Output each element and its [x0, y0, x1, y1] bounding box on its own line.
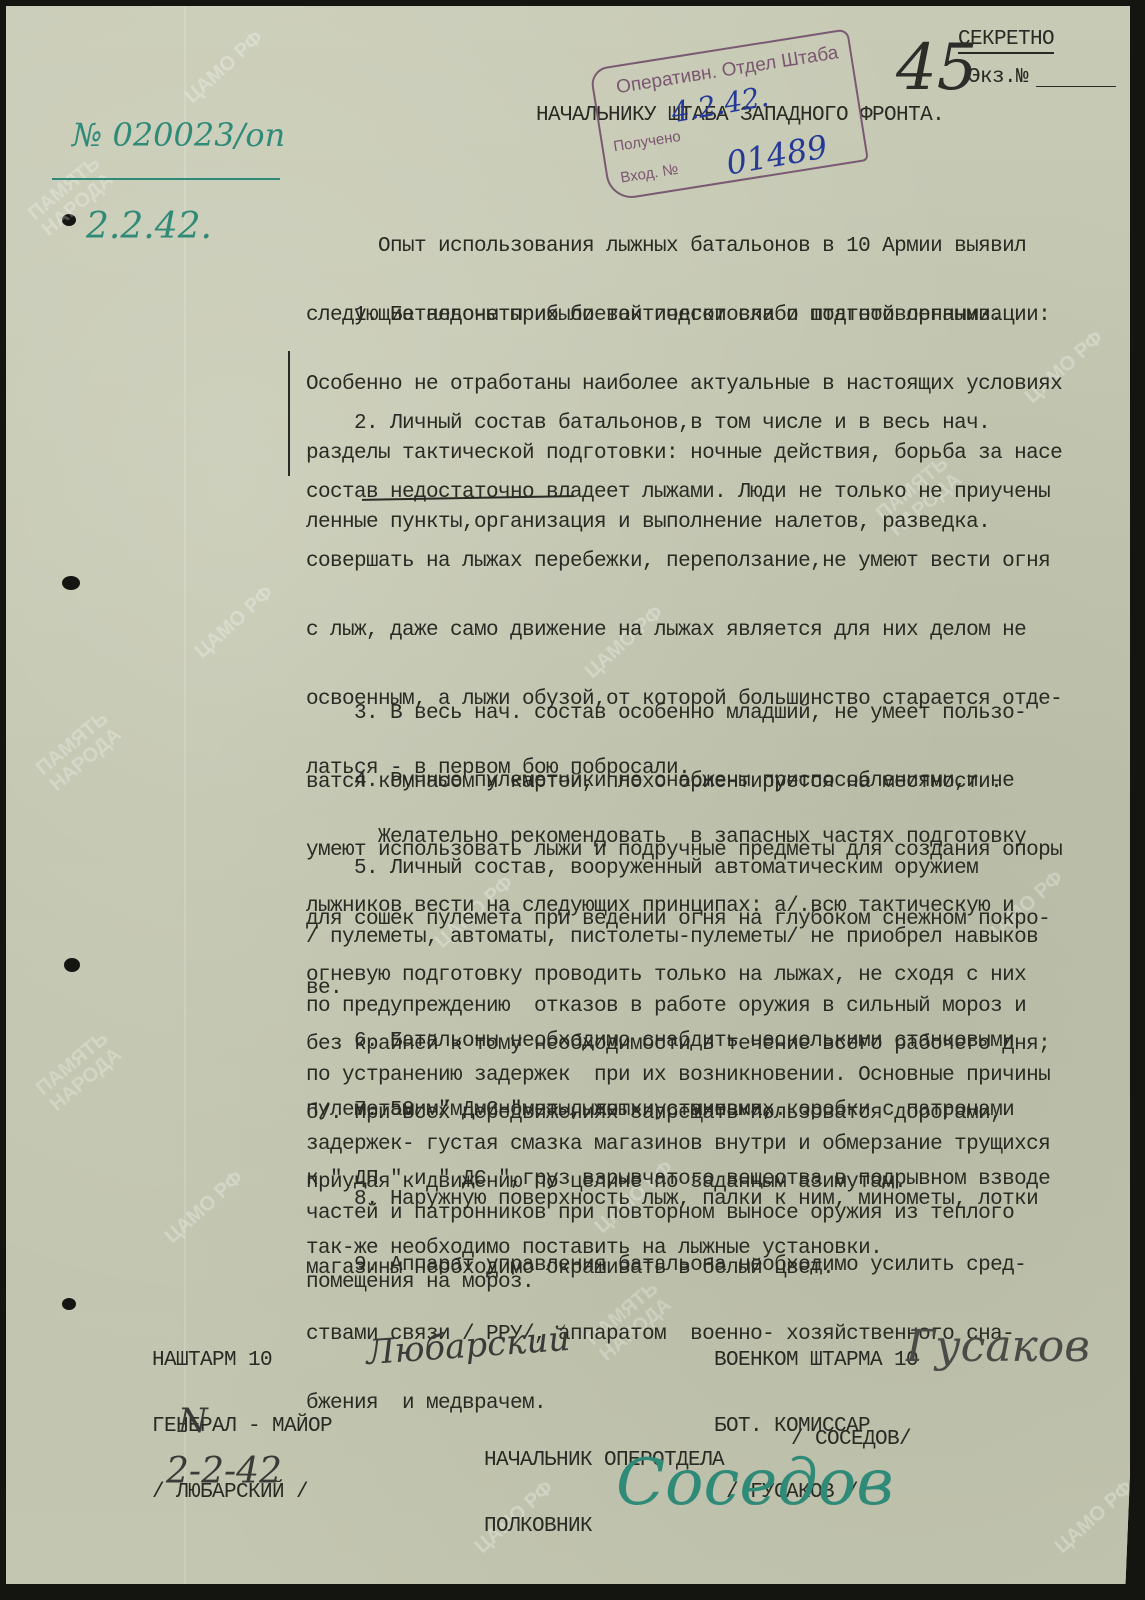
registration-date: 2.2.42.	[86, 206, 212, 247]
punch-hole	[62, 576, 80, 590]
document-page: ЦАМО РФ ЦАМО РФ ЦАМО РФ ЦАМО РФ ЦАМО РФ …	[6, 6, 1130, 1584]
watermark-archive: ЦАМО РФ	[161, 1167, 248, 1249]
registration-number: № 020023/оп	[72, 116, 285, 154]
punch-hole	[64, 958, 80, 972]
punch-hole	[62, 1298, 76, 1310]
page-number-handwritten: 45	[896, 31, 977, 105]
watermark-project: ПАМЯТЬ НАРОДА	[33, 1028, 126, 1116]
registration-divider	[52, 178, 280, 180]
copy-number-blank	[1036, 86, 1116, 87]
handwritten-date: 2-2-42	[166, 1451, 282, 1492]
watermark-archive: ЦАМО РФ	[191, 582, 278, 664]
watermark-archive: ЦАМО РФ	[181, 27, 268, 109]
signature-sosedov: Соседов	[616, 1446, 894, 1520]
stamp-incoming-label: Вход. №	[619, 161, 679, 187]
signature-gusakov: Гусаков	[906, 1321, 1090, 1372]
handwritten-number-label: N	[178, 1401, 208, 1441]
stamp-received-label: Получено	[612, 128, 682, 155]
watermark-project: ПАМЯТЬ НАРОДА	[33, 708, 126, 796]
watermark-archive: ЦАМО РФ	[1051, 1477, 1138, 1559]
margin-mark	[288, 351, 290, 476]
